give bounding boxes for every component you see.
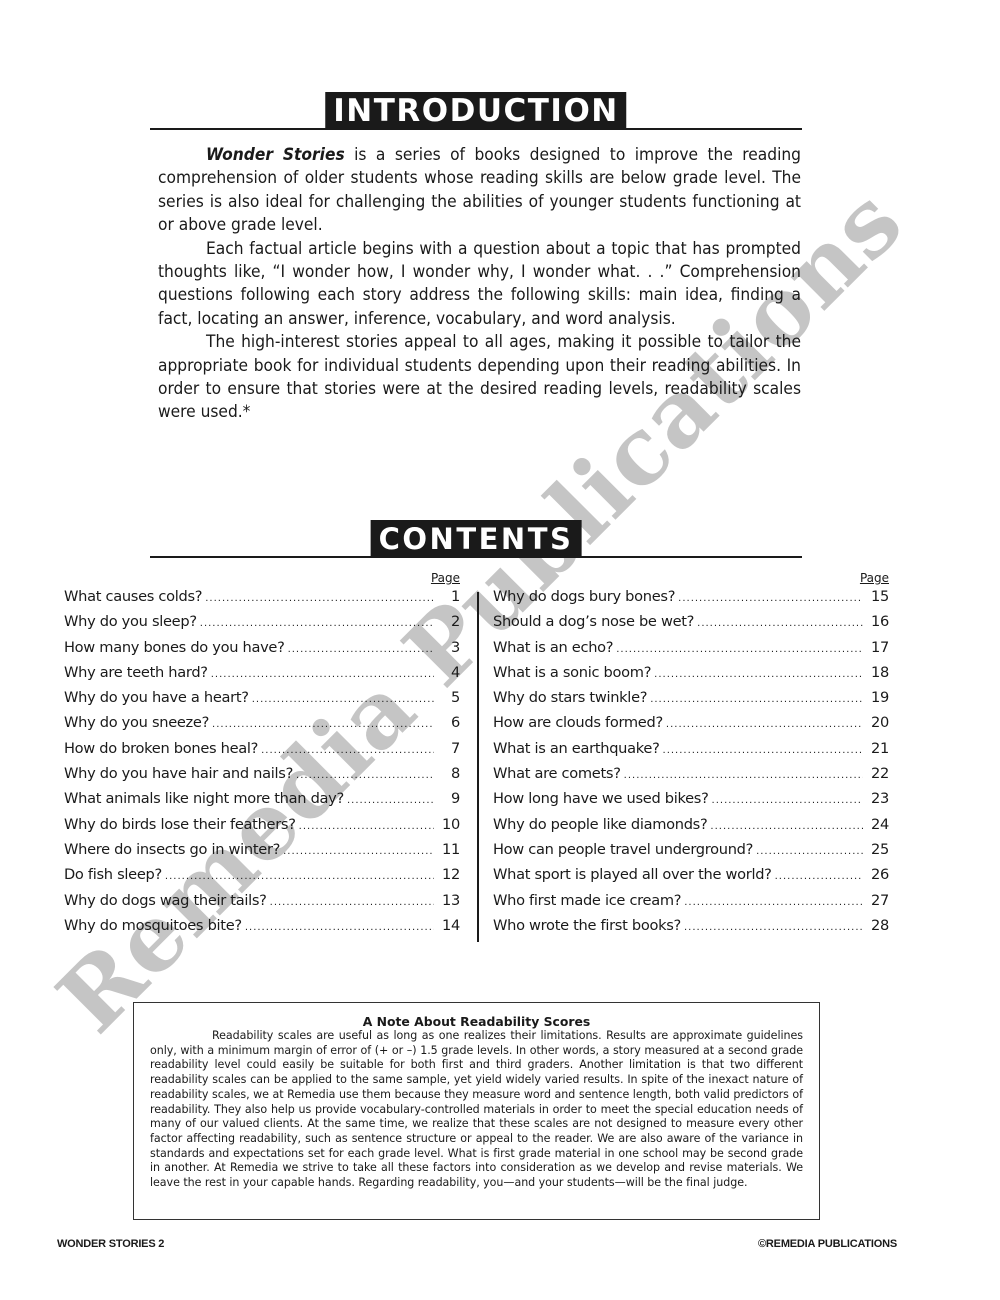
- toc-entry: Who first made ice cream?27: [493, 892, 889, 917]
- dot-leader: [205, 593, 434, 604]
- toc-entry: What causes colds?1: [64, 588, 460, 613]
- dot-leader: [212, 719, 434, 730]
- dot-leader: [684, 897, 863, 908]
- toc-entry-title: Do fish sleep?: [64, 866, 162, 883]
- toc-entry-page: 20: [867, 714, 889, 731]
- toc-entry-title: How many bones do you have?: [64, 639, 285, 656]
- toc-entry-page: 6: [438, 714, 460, 731]
- toc-entry-page: 3: [438, 639, 460, 656]
- toc-entry: Should a dog’s nose be wet?16: [493, 613, 889, 638]
- toc-entry-title: Why do you have a heart?: [64, 689, 249, 706]
- toc-entry-title: Who first made ice cream?: [493, 892, 681, 909]
- toc-entry-title: What is a sonic boom?: [493, 664, 651, 681]
- toc-entry-title: How are clouds formed?: [493, 714, 663, 731]
- dot-leader: [245, 922, 434, 933]
- toc-entry-page: 13: [438, 892, 460, 909]
- dot-leader: [712, 795, 863, 806]
- toc-entry-page: 24: [867, 816, 889, 833]
- page-column-label: Page: [493, 568, 889, 588]
- toc-entry-page: 10: [438, 816, 460, 833]
- toc-entry: How are clouds formed?20: [493, 714, 889, 739]
- toc-entry-page: 1: [438, 588, 460, 605]
- introduction-heading: INTRODUCTION: [325, 92, 626, 130]
- toc-entry-page: 16: [867, 613, 889, 630]
- dot-leader: [270, 897, 434, 908]
- dot-leader: [347, 795, 434, 806]
- toc-entry-page: 18: [867, 664, 889, 681]
- note-title: A Note About Readability Scores: [150, 1015, 803, 1029]
- dot-leader: [663, 745, 863, 756]
- toc-entry-page: 14: [438, 917, 460, 934]
- toc-entry-title: Why do you sneeze?: [64, 714, 209, 731]
- toc-entry-page: 23: [867, 790, 889, 807]
- dot-leader: [616, 644, 863, 655]
- toc-entry-title: What animals like night more than day?: [64, 790, 344, 807]
- toc-entry-title: Why do dogs bury bones?: [493, 588, 675, 605]
- dot-leader: [756, 846, 863, 857]
- toc-entry: What is an echo?17: [493, 639, 889, 664]
- toc-entry-title: Why are teeth hard?: [64, 664, 208, 681]
- dot-leader: [624, 770, 863, 781]
- dot-leader: [261, 745, 434, 756]
- series-title: Wonder Stories: [206, 145, 345, 165]
- intro-paragraph-3: The high-interest stories appeal to all …: [158, 331, 801, 425]
- toc-entry: Do fish sleep?12: [64, 866, 460, 891]
- footer-book-title: WONDER STORIES 2: [57, 1238, 164, 1250]
- introduction-text: Wonder Stories is a series of books desi…: [158, 144, 801, 425]
- toc-entry-title: What sport is played all over the world?: [493, 866, 772, 883]
- toc-entry: Why do people like diamonds?24: [493, 816, 889, 841]
- dot-leader: [697, 618, 863, 629]
- dot-leader: [666, 719, 863, 730]
- footer-copyright: ©REMEDIA PUBLICATIONS: [758, 1238, 897, 1250]
- toc-entry-title: Who wrote the first books?: [493, 917, 681, 934]
- contents-heading-bar: CONTENTS: [150, 514, 802, 558]
- toc-left-column: Page What causes colds?1Why do you sleep…: [64, 568, 460, 942]
- dot-leader: [650, 694, 863, 705]
- toc-entry-page: 22: [867, 765, 889, 782]
- toc-entry-title: What is an echo?: [493, 639, 613, 656]
- intro-paragraph-2: Each factual article begins with a quest…: [158, 238, 801, 332]
- toc-entry: Why do you have a heart?5: [64, 689, 460, 714]
- page-column-label: Page: [64, 568, 460, 588]
- toc-entry-page: 27: [867, 892, 889, 909]
- toc-entry: Why do stars twinkle?19: [493, 689, 889, 714]
- toc-entry: How long have we used bikes?23: [493, 790, 889, 815]
- toc-entry-page: 8: [438, 765, 460, 782]
- toc-entry-page: 2: [438, 613, 460, 630]
- toc-entry-page: 28: [867, 917, 889, 934]
- toc-entry: What is an earthquake?21: [493, 740, 889, 765]
- toc-entry: Why do you sneeze?6: [64, 714, 460, 739]
- toc-entry: Why do you sleep?2: [64, 613, 460, 638]
- dot-leader: [678, 593, 863, 604]
- dot-leader: [252, 694, 434, 705]
- toc-entry-page: 15: [867, 588, 889, 605]
- toc-entry-title: What is an earthquake?: [493, 740, 660, 757]
- dot-leader: [775, 871, 863, 882]
- toc-entry: How many bones do you have?3: [64, 639, 460, 664]
- toc-entry: What are comets?22: [493, 765, 889, 790]
- introduction-heading-bar: INTRODUCTION: [150, 86, 802, 130]
- toc-entry: What sport is played all over the world?…: [493, 866, 889, 891]
- toc-entry-title: Why do mosquitoes bite?: [64, 917, 242, 934]
- toc-entry: What animals like night more than day?9: [64, 790, 460, 815]
- readability-note-box: A Note About Readability Scores Readabil…: [133, 1002, 820, 1220]
- dot-leader: [200, 618, 434, 629]
- toc-entry: What is a sonic boom?18: [493, 664, 889, 689]
- toc-entry-title: How can people travel underground?: [493, 841, 753, 858]
- toc-entry-title: What are comets?: [493, 765, 621, 782]
- toc-entry-page: 9: [438, 790, 460, 807]
- dot-leader: [283, 846, 434, 857]
- toc-entry: How can people travel underground?25: [493, 841, 889, 866]
- toc-entry-title: Why do stars twinkle?: [493, 689, 647, 706]
- toc-entry-title: Why do birds lose their feathers?: [64, 816, 296, 833]
- dot-leader: [296, 770, 434, 781]
- dot-leader: [654, 669, 863, 680]
- toc-entry-title: Why do you sleep?: [64, 613, 197, 630]
- toc-entry-page: 4: [438, 664, 460, 681]
- toc-entry: Why do you have hair and nails?8: [64, 765, 460, 790]
- dot-leader: [299, 821, 434, 832]
- toc-entry-title: Where do insects go in winter?: [64, 841, 280, 858]
- toc-entry-page: 11: [438, 841, 460, 858]
- toc-entry: Who wrote the first books?28: [493, 917, 889, 942]
- column-divider: [477, 592, 479, 942]
- dot-leader: [684, 922, 863, 933]
- toc-entry-page: 21: [867, 740, 889, 757]
- toc-entry: Where do insects go in winter?11: [64, 841, 460, 866]
- dot-leader: [710, 821, 863, 832]
- dot-leader: [165, 871, 434, 882]
- toc-right-column: Page Why do dogs bury bones?15Should a d…: [493, 568, 889, 942]
- toc-entry: Why do dogs wag their tails?13: [64, 892, 460, 917]
- toc-entry-title: Why do people like diamonds?: [493, 816, 707, 833]
- toc-entry: How do broken bones heal?7: [64, 740, 460, 765]
- toc-entry-page: 17: [867, 639, 889, 656]
- toc-entry-title: How do broken bones heal?: [64, 740, 258, 757]
- toc-entry-title: Why do you have hair and nails?: [64, 765, 293, 782]
- toc-entry-page: 25: [867, 841, 889, 858]
- toc-entry: Why do birds lose their feathers?10: [64, 816, 460, 841]
- toc-entry-title: Should a dog’s nose be wet?: [493, 613, 694, 630]
- contents-heading: CONTENTS: [371, 520, 582, 558]
- toc-entry: Why do mosquitoes bite?14: [64, 917, 460, 942]
- toc-entry-title: What causes colds?: [64, 588, 202, 605]
- toc-entry-page: 19: [867, 689, 889, 706]
- toc-entry-page: 7: [438, 740, 460, 757]
- toc-entry-page: 12: [438, 866, 460, 883]
- dot-leader: [288, 644, 434, 655]
- toc-entry: Why do dogs bury bones?15: [493, 588, 889, 613]
- toc-entry-page: 26: [867, 866, 889, 883]
- toc-entry-title: How long have we used bikes?: [493, 790, 709, 807]
- toc-entry: Why are teeth hard?4: [64, 664, 460, 689]
- note-body: Readability scales are useful as long as…: [150, 1029, 803, 1191]
- toc-entry-page: 5: [438, 689, 460, 706]
- intro-paragraph-1: Wonder Stories is a series of books desi…: [158, 144, 801, 238]
- dot-leader: [211, 669, 434, 680]
- toc-entry-title: Why do dogs wag their tails?: [64, 892, 267, 909]
